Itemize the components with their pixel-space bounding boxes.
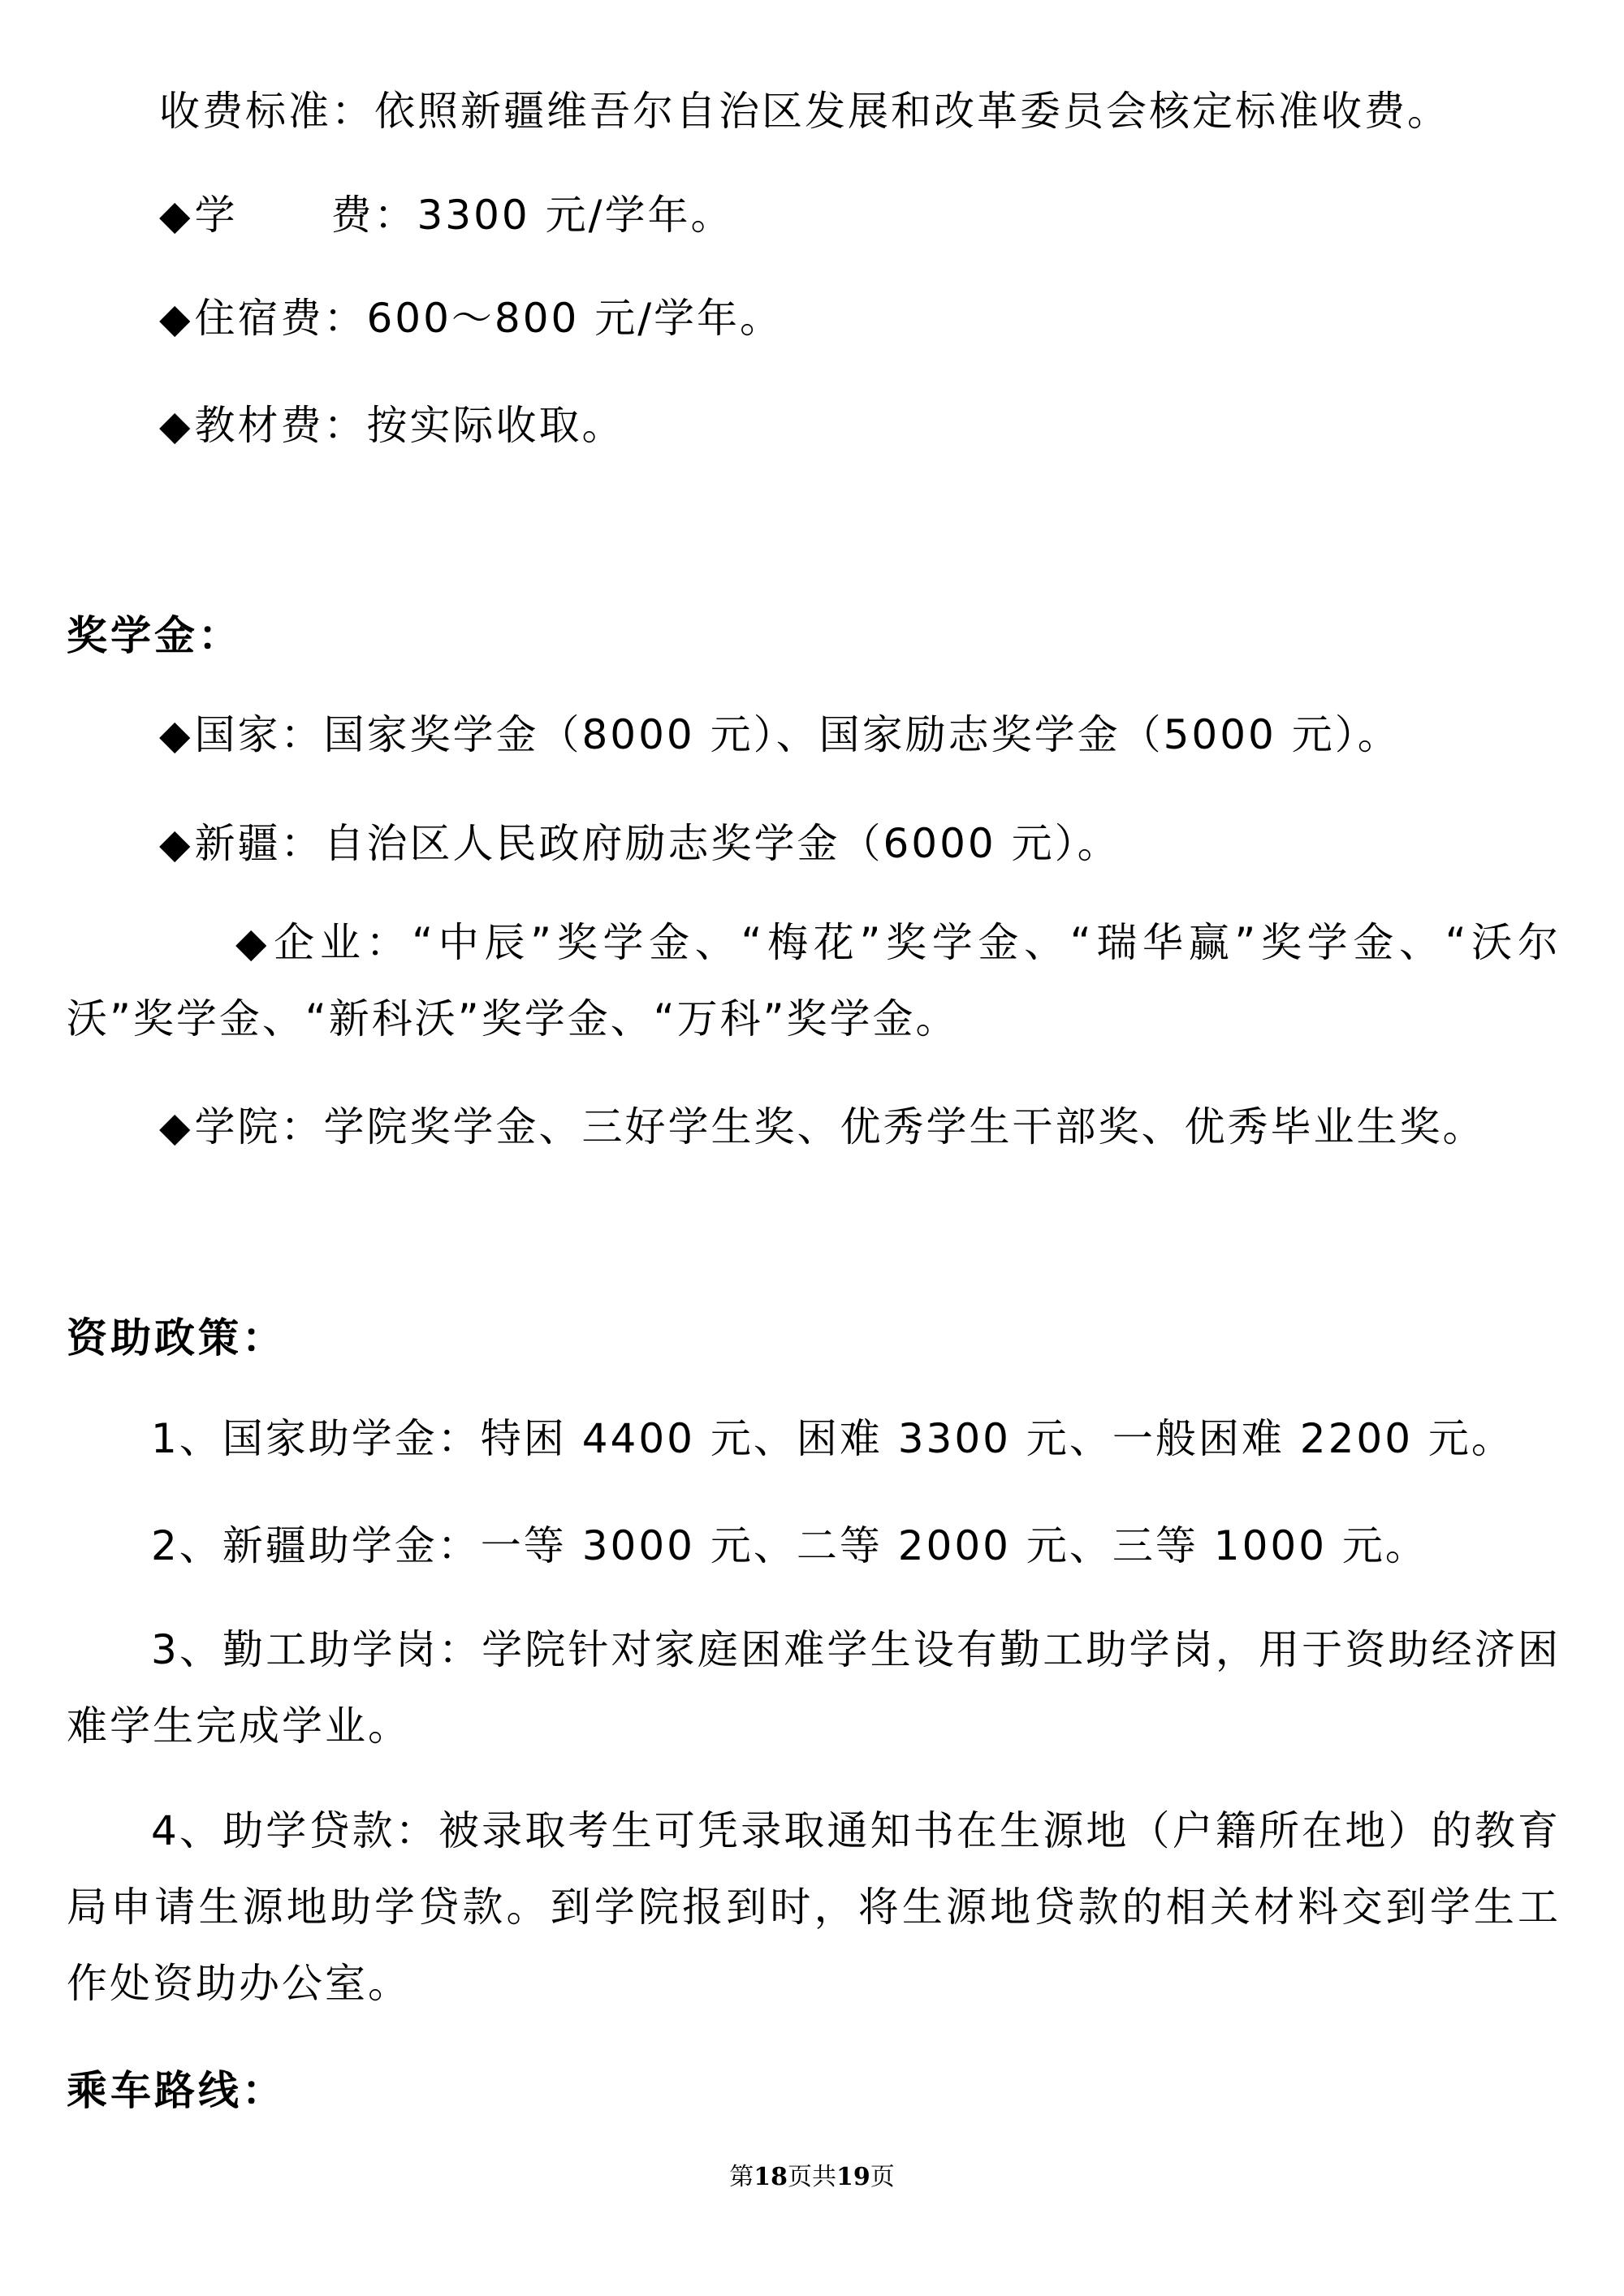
- scholarship-heading: 奖学金：: [67, 598, 242, 674]
- footer-prefix: 第: [729, 2163, 754, 2191]
- fee-item-textbooks: ◆教材费：按实际收取。: [159, 387, 624, 464]
- transport-heading: 乘车路线：: [67, 2052, 286, 2129]
- scholarship-text: ：学院奖学金、三好学生奖、优秀学生干部奖、优秀毕业生奖。: [280, 1103, 1485, 1150]
- scholarship-item-national: ◆国家：国家奖学金（8000 元）、国家励志奖学金（5000 元）。: [159, 697, 1401, 773]
- scholarship-item-xinjiang: ◆新疆：自治区人民政府励志奖学金（6000 元）。: [159, 805, 1121, 882]
- scholarship-label: 学院: [194, 1103, 280, 1150]
- scholarship-item-enterprise: ◆企业：“中辰”奖学金、“梅花”奖学金、“瑞华赢”奖学金、“沃尔沃”奖学金、“新…: [67, 904, 1561, 1057]
- diamond-bullet-icon: ◆: [159, 697, 192, 773]
- diamond-bullet-icon: ◆: [159, 805, 192, 882]
- fee-label-part1: 学: [194, 192, 237, 239]
- page-footer: 第18页共19页: [0, 2160, 1624, 2195]
- fee-item-tuition: ◆学费：3300 元/学年。: [159, 177, 733, 253]
- footer-suffix: 页: [870, 2163, 895, 2191]
- fee-value: ：600～800 元/学年。: [323, 295, 783, 342]
- fee-label: 住宿费: [194, 295, 323, 342]
- fee-label: 教材费: [194, 402, 323, 449]
- footer-middle: 页共: [788, 2163, 836, 2191]
- aid-item-work-study: 3、勤工助学岗：学院针对家庭困难学生设有勤工助学岗，用于资助经济困难学生完成学业…: [67, 1612, 1561, 1764]
- diamond-bullet-icon: ◆: [159, 387, 192, 464]
- diamond-bullet-icon: ◆: [159, 1089, 192, 1165]
- scholarship-item-college: ◆学院：学院奖学金、三好学生奖、优秀学生干部奖、优秀毕业生奖。: [159, 1089, 1485, 1165]
- fee-value: ：3300 元/学年。: [374, 192, 733, 239]
- diamond-bullet-icon: ◆: [159, 280, 192, 356]
- aid-heading: 资助政策：: [67, 1300, 286, 1376]
- diamond-bullet-icon: ◆: [151, 904, 269, 981]
- fee-value: ：按实际收取。: [323, 402, 624, 449]
- diamond-bullet-icon: ◆: [159, 177, 192, 253]
- fee-item-accommodation: ◆住宿费：600～800 元/学年。: [159, 280, 783, 356]
- scholarship-label: 企业: [270, 919, 365, 966]
- fee-standard-line: 收费标准：依照新疆维吾尔自治区发展和改革委员会核定标准收费。: [159, 73, 1450, 149]
- current-page-number: 18: [754, 2163, 788, 2191]
- scholarship-text: ：自治区人民政府励志奖学金（6000 元）。: [280, 820, 1120, 867]
- total-page-count: 19: [836, 2163, 870, 2191]
- aid-item-national-grant: 1、国家助学金：特困 4400 元、困难 3300 元、一般困难 2200 元。: [151, 1400, 1514, 1477]
- aid-item-student-loan: 4、助学贷款：被录取考生可凭录取通知书在生源地（户籍所在地）的教育局申请生源地助…: [67, 1793, 1561, 2022]
- aid-item-xinjiang-grant: 2、新疆助学金：一等 3000 元、二等 2000 元、三等 1000 元。: [151, 1508, 1428, 1584]
- scholarship-label: 新疆: [194, 820, 280, 867]
- scholarship-text: ：国家奖学金（8000 元）、国家励志奖学金（5000 元）。: [280, 711, 1400, 758]
- scholarship-label: 国家: [194, 711, 280, 758]
- fee-label-part2: 费: [330, 192, 374, 239]
